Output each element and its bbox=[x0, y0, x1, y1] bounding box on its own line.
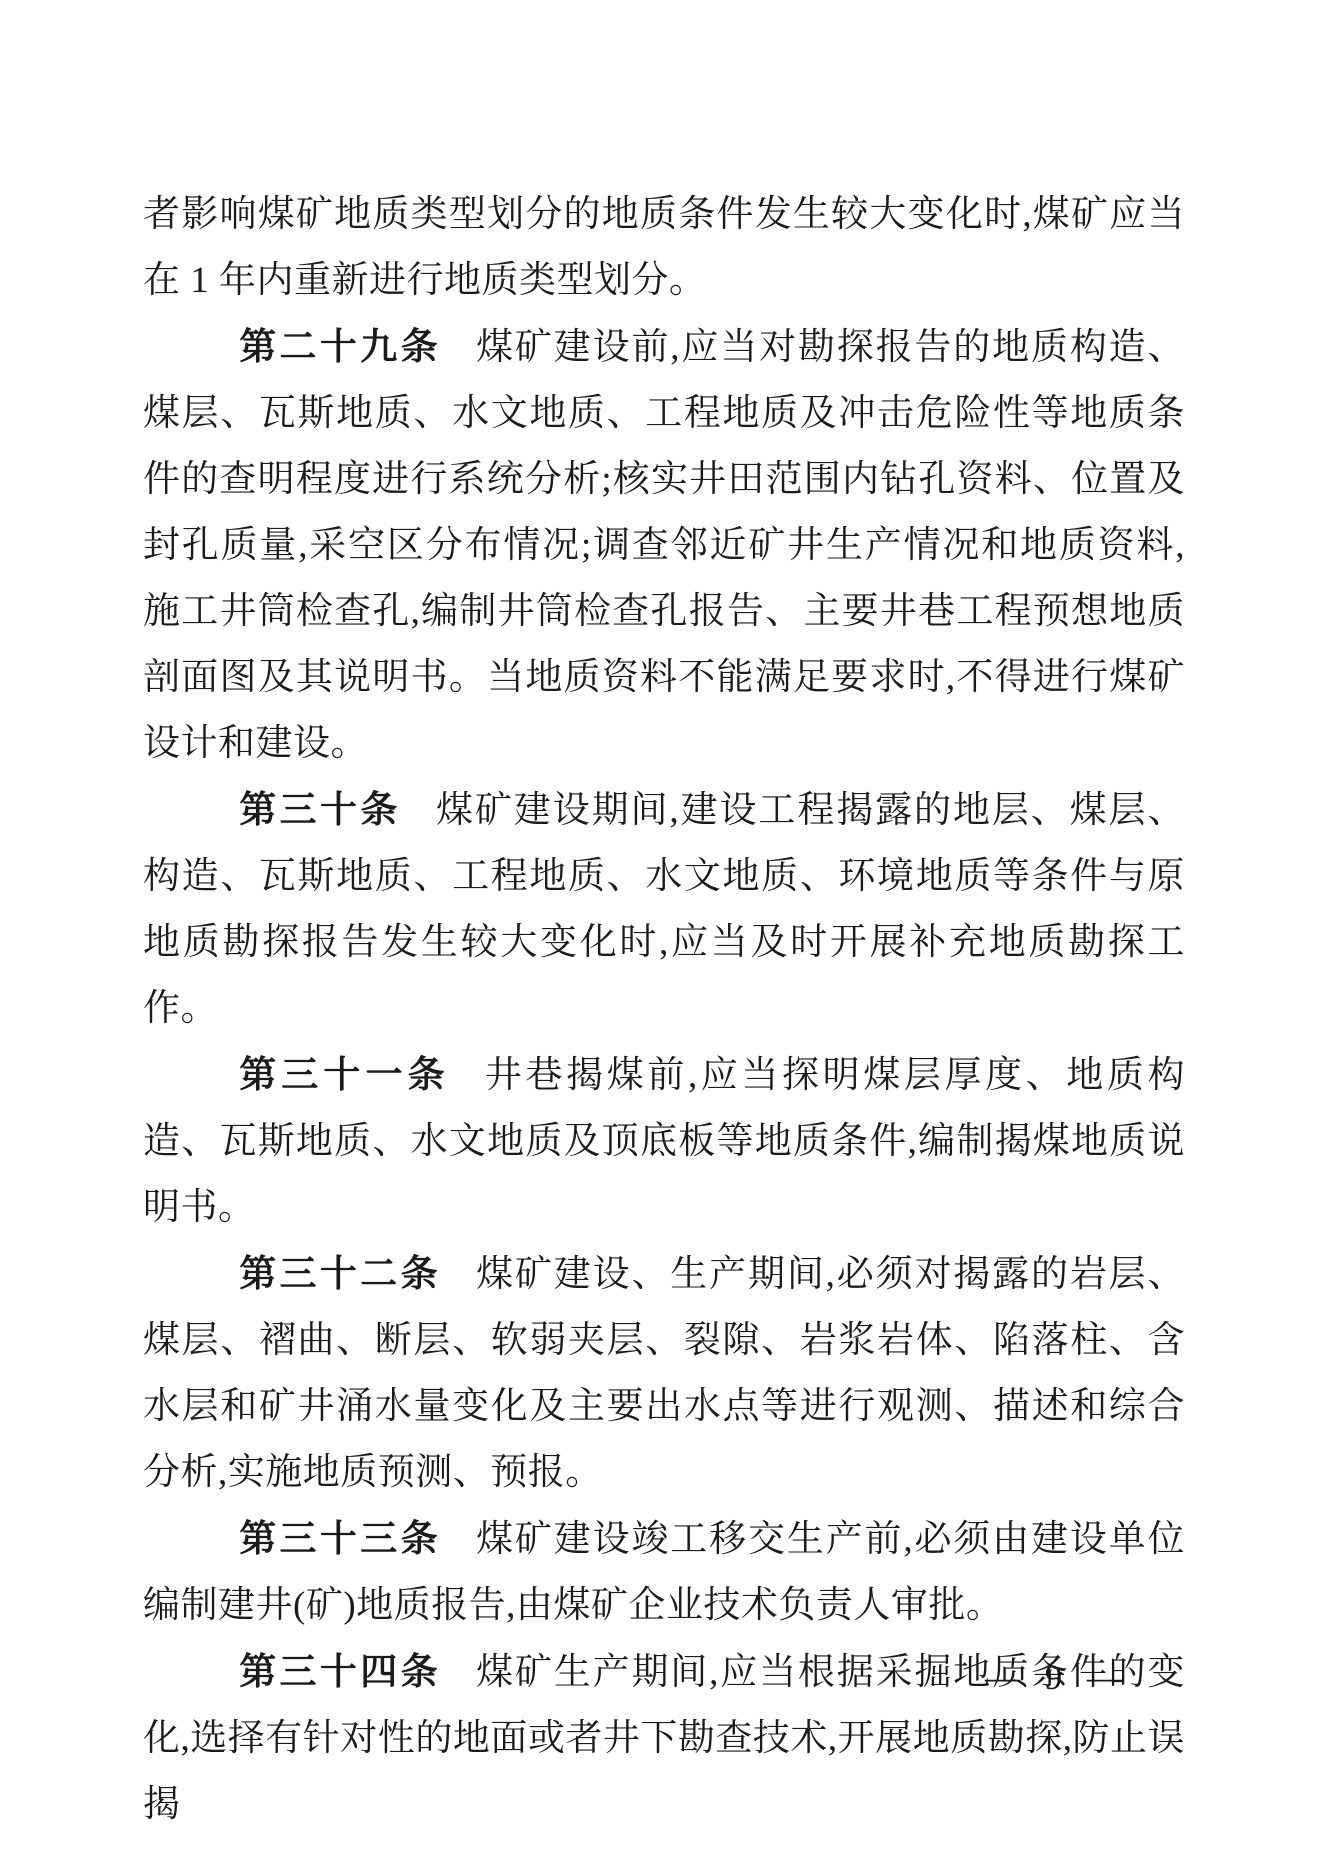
page-number: — 9 — bbox=[985, 1658, 1123, 1698]
article-text: 煤矿建设前,应当对勘探报告的地质构造、煤层、瓦斯地质、水文地质、工程地质及冲击危… bbox=[143, 327, 1185, 764]
article-number: 第三十条 bbox=[239, 789, 401, 830]
article-number: 第三十四条 bbox=[239, 1651, 441, 1692]
article-paragraph: 第二十九条煤矿建设前,应当对勘探报告的地质构造、煤层、瓦斯地质、水文地质、工程地… bbox=[143, 314, 1185, 777]
article-number: 第三十二条 bbox=[239, 1253, 441, 1294]
article-number: 第三十三条 bbox=[239, 1518, 441, 1559]
article-paragraph: 第三十一条井巷揭煤前,应当探明煤层厚度、地质构造、瓦斯地质、水文地质及顶底板等地… bbox=[143, 1042, 1185, 1241]
article-number: 第三十一条 bbox=[239, 1054, 450, 1095]
article-paragraph: 第三十三条煤矿建设竣工移交生产前,必须由建设单位编制建井(矿)地质报告,由煤矿企… bbox=[143, 1506, 1185, 1639]
document-body: 者影响煤矿地质类型划分的地质条件发生较大变化时,煤矿应当在 1 年内重新进行地质… bbox=[143, 182, 1185, 1838]
continuation-paragraph: 者影响煤矿地质类型划分的地质条件发生较大变化时,煤矿应当在 1 年内重新进行地质… bbox=[143, 182, 1185, 314]
article-paragraph: 第三十二条煤矿建设、生产期间,必须对揭露的岩层、煤层、褶曲、断层、软弱夹层、裂隙… bbox=[143, 1241, 1185, 1506]
document-page: 者影响煤矿地质类型划分的地质条件发生较大变化时,煤矿应当在 1 年内重新进行地质… bbox=[0, 0, 1323, 1871]
article-number: 第二十九条 bbox=[239, 326, 441, 367]
article-text: 者影响煤矿地质类型划分的地质条件发生较大变化时,煤矿应当在 1 年内重新进行地质… bbox=[143, 194, 1185, 301]
article-paragraph: 第三十条煤矿建设期间,建设工程揭露的地层、煤层、构造、瓦斯地质、工程地质、水文地… bbox=[143, 777, 1185, 1042]
